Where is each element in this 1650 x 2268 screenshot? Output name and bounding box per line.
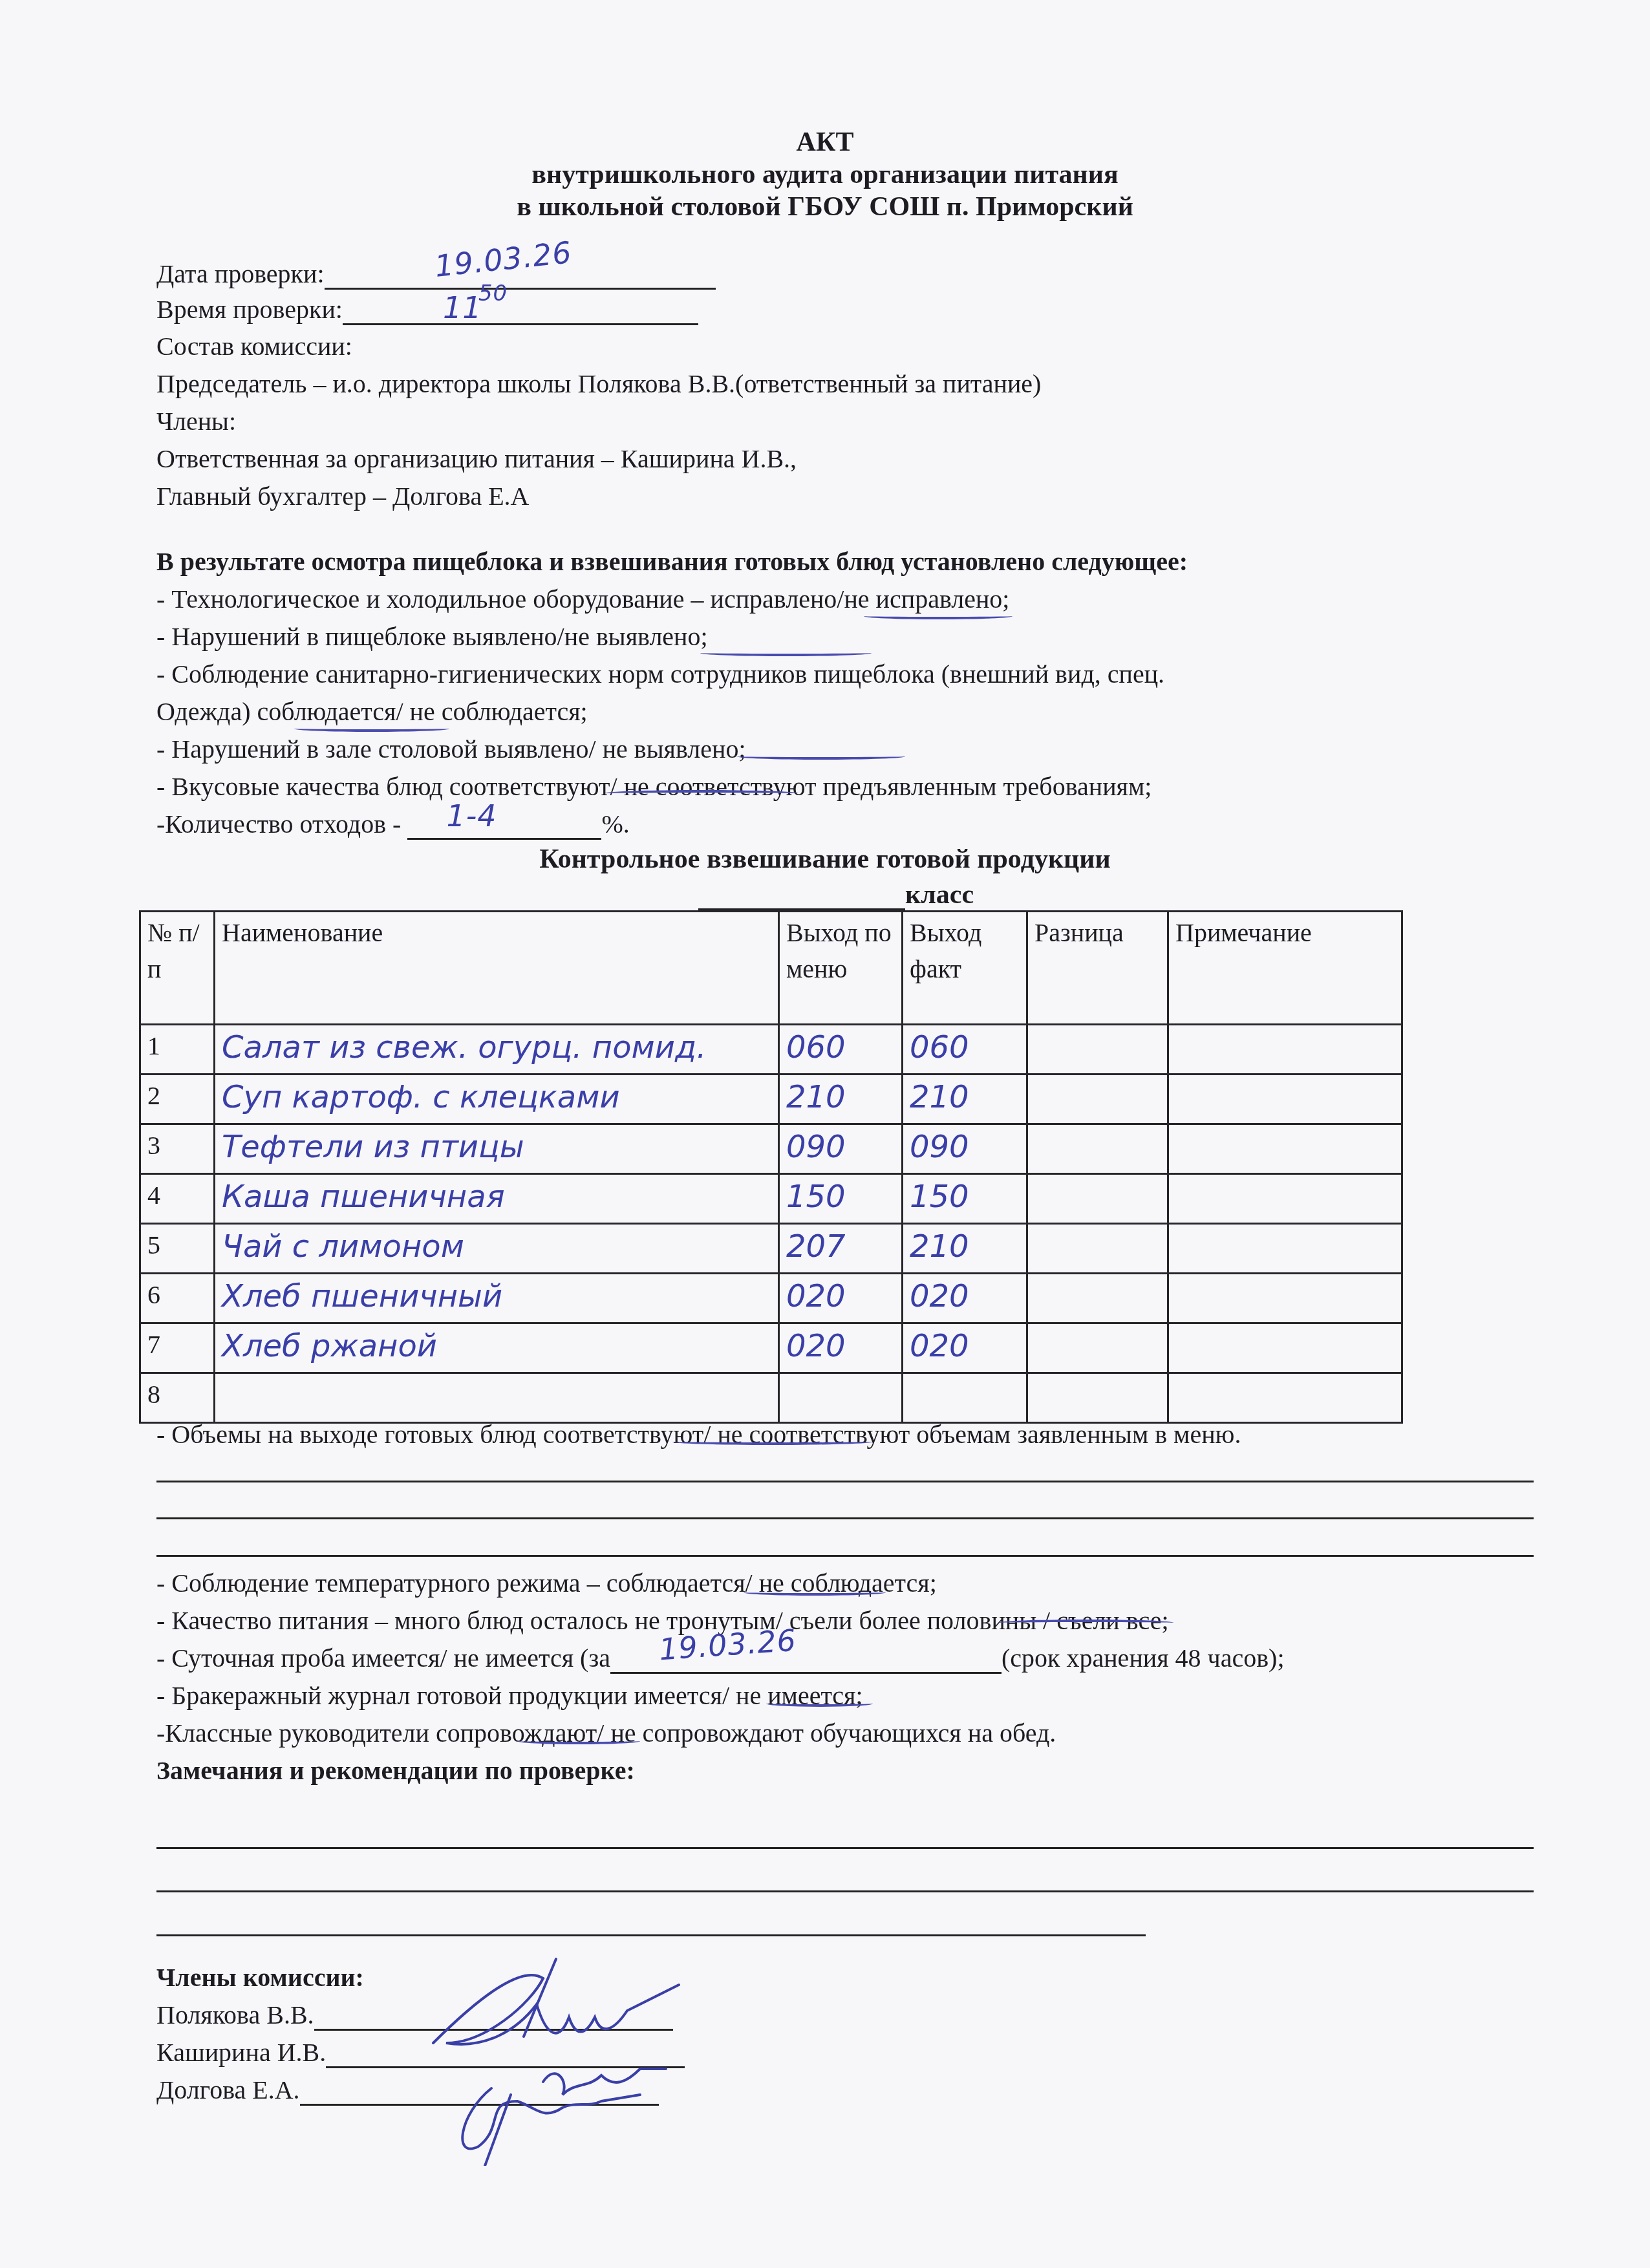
waste-row: -Количество отходов - 1-4%. — [156, 809, 630, 840]
note-cell[interactable] — [1168, 1174, 1402, 1224]
output-fact-cell[interactable] — [903, 1373, 1027, 1423]
row-number: 6 — [140, 1274, 215, 1323]
class-row: класс — [698, 879, 974, 910]
difference-cell[interactable] — [1027, 1323, 1168, 1373]
row-number-value: 6 — [147, 1280, 160, 1309]
row-number: 7 — [140, 1323, 215, 1373]
selection-mark-temperature — [744, 1589, 886, 1596]
output-menu-cell[interactable]: 060 — [779, 1025, 903, 1075]
selection-mark-taste — [605, 790, 798, 797]
output-fact-cell-value: 150 — [910, 1179, 969, 1215]
difference-cell[interactable] — [1027, 1274, 1168, 1323]
dish-name-cell-value: Хлеб ржаной — [222, 1328, 437, 1364]
output-fact-cell[interactable]: 060 — [903, 1025, 1027, 1075]
output-fact-cell[interactable]: 210 — [903, 1224, 1027, 1274]
member-2: Главный бухгалтер – Долгова Е.А — [156, 481, 530, 512]
note-cell[interactable] — [1168, 1124, 1402, 1174]
output-fact-cell[interactable]: 090 — [903, 1124, 1027, 1174]
finding-hall-violations: - Нарушений в зале столовой выявлено/ не… — [156, 734, 746, 765]
time-label: Время проверки: — [156, 295, 343, 324]
row-number: 1 — [140, 1025, 215, 1075]
members-label: Члены: — [156, 406, 236, 437]
finding-taste: - Вкусовые качества блюд соответствуют/ … — [156, 771, 1152, 802]
output-menu-cell-value: 020 — [786, 1328, 846, 1364]
row-number-value: 8 — [147, 1380, 160, 1409]
output-menu-cell[interactable]: 150 — [779, 1174, 903, 1224]
sample-date: 19.03.26 — [658, 1625, 798, 1665]
table-row: 8 — [140, 1373, 1402, 1423]
remarks-line[interactable] — [156, 1934, 1146, 1936]
difference-cell[interactable] — [1027, 1025, 1168, 1075]
time-hours: 11 — [443, 292, 482, 323]
output-menu-cell[interactable]: 207 — [779, 1224, 903, 1274]
difference-cell[interactable] — [1027, 1174, 1168, 1224]
output-fact-cell[interactable]: 020 — [903, 1274, 1027, 1323]
blank-line[interactable] — [156, 1481, 1534, 1482]
dish-name-cell[interactable]: Каша пшеничная — [215, 1174, 779, 1224]
sample-date-field[interactable]: 19.03.26 — [610, 1646, 1002, 1674]
finding-sanitary-cont: Одежда) соблюдается/ не соблюдается; — [156, 696, 588, 727]
doc-subtitle-2: в школьной столовой ГБОУ СОШ п. Приморск… — [0, 191, 1650, 222]
note-cell[interactable] — [1168, 1373, 1402, 1423]
waste-field[interactable]: 1-4 — [407, 812, 601, 840]
output-menu-cell-value: 210 — [786, 1079, 846, 1115]
dish-name-cell-value: Суп картоф. с клецками — [222, 1079, 620, 1115]
time-row: Время проверки:1150 — [156, 294, 698, 325]
col-number: № п/п — [140, 912, 215, 1025]
output-fact-cell-value: 020 — [910, 1278, 969, 1314]
output-menu-cell[interactable]: 090 — [779, 1124, 903, 1174]
output-fact-cell-value: 060 — [910, 1029, 969, 1065]
doc-title: АКТ — [0, 127, 1650, 158]
findings-heading: В результате осмотра пищеблока и взвешив… — [156, 546, 1188, 577]
sample-row: - Суточная проба имеется/ не имеется (за… — [156, 1643, 1285, 1674]
table-row: 5Чай с лимоном207210 — [140, 1224, 1402, 1274]
class-field[interactable] — [698, 880, 905, 910]
output-fact-cell-value: 090 — [910, 1129, 969, 1165]
output-menu-cell-value: 090 — [786, 1129, 846, 1165]
row-number-value: 1 — [147, 1031, 160, 1060]
dish-name-cell-value: Чай с лимоном — [222, 1228, 464, 1265]
commission-chair: Председатель – и.о. директора школы Поля… — [156, 369, 1041, 400]
signer-name: Каширина И.В. — [156, 2038, 326, 2067]
output-fact-cell-value: 210 — [910, 1079, 969, 1115]
note-cell[interactable] — [1168, 1075, 1402, 1124]
doc-subtitle-1: внутришкольного аудита организации питан… — [0, 159, 1650, 190]
table-row: 2Суп картоф. с клецками210210 — [140, 1075, 1402, 1124]
finding-sanitary: - Соблюдение санитарно-гигиенических нор… — [156, 659, 1164, 690]
signature-scribbles — [407, 1952, 769, 2166]
remarks-line[interactable] — [156, 1890, 1534, 1892]
finding-kitchen-violations: - Нарушений в пищеблоке выявлено/не выяв… — [156, 621, 708, 652]
table-row: 6Хлеб пшеничный020020 — [140, 1274, 1402, 1323]
note-cell[interactable] — [1168, 1323, 1402, 1373]
row-number: 3 — [140, 1124, 215, 1174]
output-menu-cell-value: 207 — [786, 1228, 846, 1265]
note-cell[interactable] — [1168, 1274, 1402, 1323]
dish-name-cell[interactable]: Тефтели из птицы — [215, 1124, 779, 1174]
selection-mark-teachers — [517, 1738, 640, 1744]
volumes-line: - Объемы на выходе готовых блюд соответс… — [156, 1419, 1241, 1450]
sample-prefix: - Суточная проба имеется/ не имеется (за — [156, 1643, 610, 1673]
table-row: 7Хлеб ржаной020020 — [140, 1323, 1402, 1373]
row-number-value: 3 — [147, 1131, 160, 1160]
difference-cell[interactable] — [1027, 1124, 1168, 1174]
row-number-value: 4 — [147, 1181, 160, 1210]
selection-mark-volumes — [672, 1439, 873, 1445]
dish-name-cell[interactable]: Чай с лимоном — [215, 1224, 779, 1274]
remarks-heading: Замечания и рекомендации по проверке: — [156, 1755, 635, 1786]
member-1: Ответственная за организацию питания – К… — [156, 444, 797, 475]
col-output-menu: Выход по меню — [779, 912, 903, 1025]
dish-name-cell[interactable]: Хлеб ржаной — [215, 1323, 779, 1373]
table-header-row: № п/п Наименование Выход по меню Выход ф… — [140, 912, 1402, 1025]
selection-mark-quality — [999, 1620, 1173, 1626]
row-number-value: 7 — [147, 1330, 160, 1359]
row-number-value: 5 — [147, 1230, 160, 1259]
blank-line[interactable] — [156, 1555, 1534, 1557]
output-fact-cell-value: 210 — [910, 1228, 969, 1265]
class-label: класс — [905, 880, 974, 910]
selection-mark-hall — [737, 753, 905, 760]
dish-name-cell-value: Тефтели из птицы — [222, 1129, 524, 1165]
row-number-value: 2 — [147, 1081, 160, 1110]
waste-value: 1-4 — [446, 800, 497, 831]
selection-mark-sanitary — [294, 725, 449, 732]
output-menu-cell-value: 020 — [786, 1278, 846, 1314]
time-field[interactable]: 1150 — [343, 297, 698, 325]
difference-cell[interactable] — [1027, 1373, 1168, 1423]
teachers-line: -Классные руководители сопровождают/ не … — [156, 1718, 1056, 1749]
difference-cell[interactable] — [1027, 1224, 1168, 1274]
table-row: 3Тефтели из птицы090090 — [140, 1124, 1402, 1174]
journal-line: - Бракеражный журнал готовой продукции и… — [156, 1680, 863, 1711]
weighing-heading: Контрольное взвешивание готовой продукци… — [0, 844, 1650, 875]
dish-name-cell-value: Хлеб пшеничный — [222, 1278, 502, 1314]
note-cell[interactable] — [1168, 1224, 1402, 1274]
table-row: 1Салат из свеж. огурц. помид.060060 — [140, 1025, 1402, 1075]
table-row: 4Каша пшеничная150150 — [140, 1174, 1402, 1224]
row-number: 5 — [140, 1224, 215, 1274]
output-menu-cell[interactable] — [779, 1373, 903, 1423]
date-field[interactable]: 19.03.26 — [325, 262, 716, 290]
row-number: 2 — [140, 1075, 215, 1124]
note-cell[interactable] — [1168, 1025, 1402, 1075]
difference-cell[interactable] — [1027, 1075, 1168, 1124]
date-row: Дата проверки:19.03.26 — [156, 259, 716, 290]
output-menu-cell[interactable]: 020 — [779, 1323, 903, 1373]
dish-name-cell[interactable]: Хлеб пшеничный — [215, 1274, 779, 1323]
output-menu-cell[interactable]: 020 — [779, 1274, 903, 1323]
dish-name-cell-value: Салат из свеж. огурц. помид. — [222, 1029, 706, 1065]
row-number: 4 — [140, 1174, 215, 1224]
selection-mark-equipment — [864, 613, 1012, 619]
output-fact-cell[interactable]: 210 — [903, 1075, 1027, 1124]
selection-mark-kitchen — [700, 650, 872, 656]
commission-label: Состав комиссии: — [156, 331, 352, 362]
col-output-fact: Выход факт — [903, 912, 1027, 1025]
output-fact-cell[interactable]: 150 — [903, 1174, 1027, 1224]
col-difference: Разница — [1027, 912, 1168, 1025]
output-fact-cell-value: 020 — [910, 1328, 969, 1364]
weighing-table: № п/п Наименование Выход по меню Выход ф… — [139, 910, 1403, 1424]
col-name: Наименование — [215, 912, 779, 1025]
signatures-heading: Члены комиссии: — [156, 1962, 364, 1993]
output-menu-cell-value: 060 — [786, 1029, 846, 1065]
remarks-line[interactable] — [156, 1847, 1534, 1849]
dish-name-cell[interactable] — [215, 1373, 779, 1423]
dish-name-cell[interactable]: Салат из свеж. огурц. помид. — [215, 1025, 779, 1075]
output-fact-cell[interactable]: 020 — [903, 1323, 1027, 1373]
signer-name: Долгова Е.А. — [156, 2075, 300, 2104]
sample-suffix: (срок хранения 48 часов); — [1002, 1643, 1285, 1673]
waste-label: -Количество отходов - — [156, 809, 401, 839]
finding-equipment: - Технологическое и холодильное оборудов… — [156, 584, 1009, 615]
output-menu-cell-value: 150 — [786, 1179, 846, 1215]
selection-mark-journal — [766, 1700, 873, 1707]
output-menu-cell[interactable]: 210 — [779, 1075, 903, 1124]
date-value: 19.03.26 — [433, 237, 573, 282]
waste-unit: %. — [601, 809, 629, 839]
date-label: Дата проверки: — [156, 259, 325, 288]
signer-name: Полякова В.В. — [156, 2000, 314, 2029]
row-number: 8 — [140, 1373, 215, 1423]
col-note: Примечание — [1168, 912, 1402, 1025]
time-minutes: 50 — [478, 278, 508, 309]
dish-name-cell[interactable]: Суп картоф. с клецками — [215, 1075, 779, 1124]
blank-line[interactable] — [156, 1517, 1534, 1519]
dish-name-cell-value: Каша пшеничная — [222, 1179, 505, 1215]
